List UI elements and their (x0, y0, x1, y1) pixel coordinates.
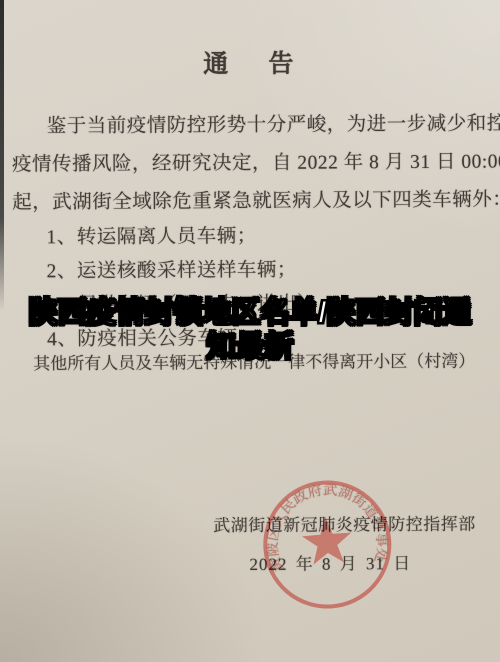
seal-star-icon (301, 515, 354, 566)
notice-list-item: 2、运送核酸采样送样车辆； (47, 254, 297, 284)
notice-list-item: 1、转运隔离人员车辆； (46, 220, 256, 249)
caption-overlay: 陕西疫情封锁地区名单/陕西封闭通 知最新 (0, 296, 500, 364)
notice-paragraph-line: 起，武湖街全域除危重紧急就医病人及以下四类车辆外： (12, 183, 500, 214)
official-seal: 黄陂区人民政府武湖街道办事处 (241, 459, 413, 631)
notice-paragraph-line: 疫情传播风险，经研究决定，自 2022 年 8 月 31 日 00:00 时 (12, 145, 500, 176)
caption-line-1: 陕西疫情封锁地区名单/陕西封闭通 (0, 296, 500, 330)
caption-line-2: 知最新 (0, 330, 500, 364)
notice-paragraph-line: 鉴于当前疫情防控形势十分严峻，为进一步减少和控制 (47, 107, 500, 138)
notice-photo: 通 告 鉴于当前疫情防控形势十分严峻，为进一步减少和控制 疫情传播风险，经研究决… (0, 0, 500, 662)
notice-title: 通 告 (0, 42, 498, 81)
